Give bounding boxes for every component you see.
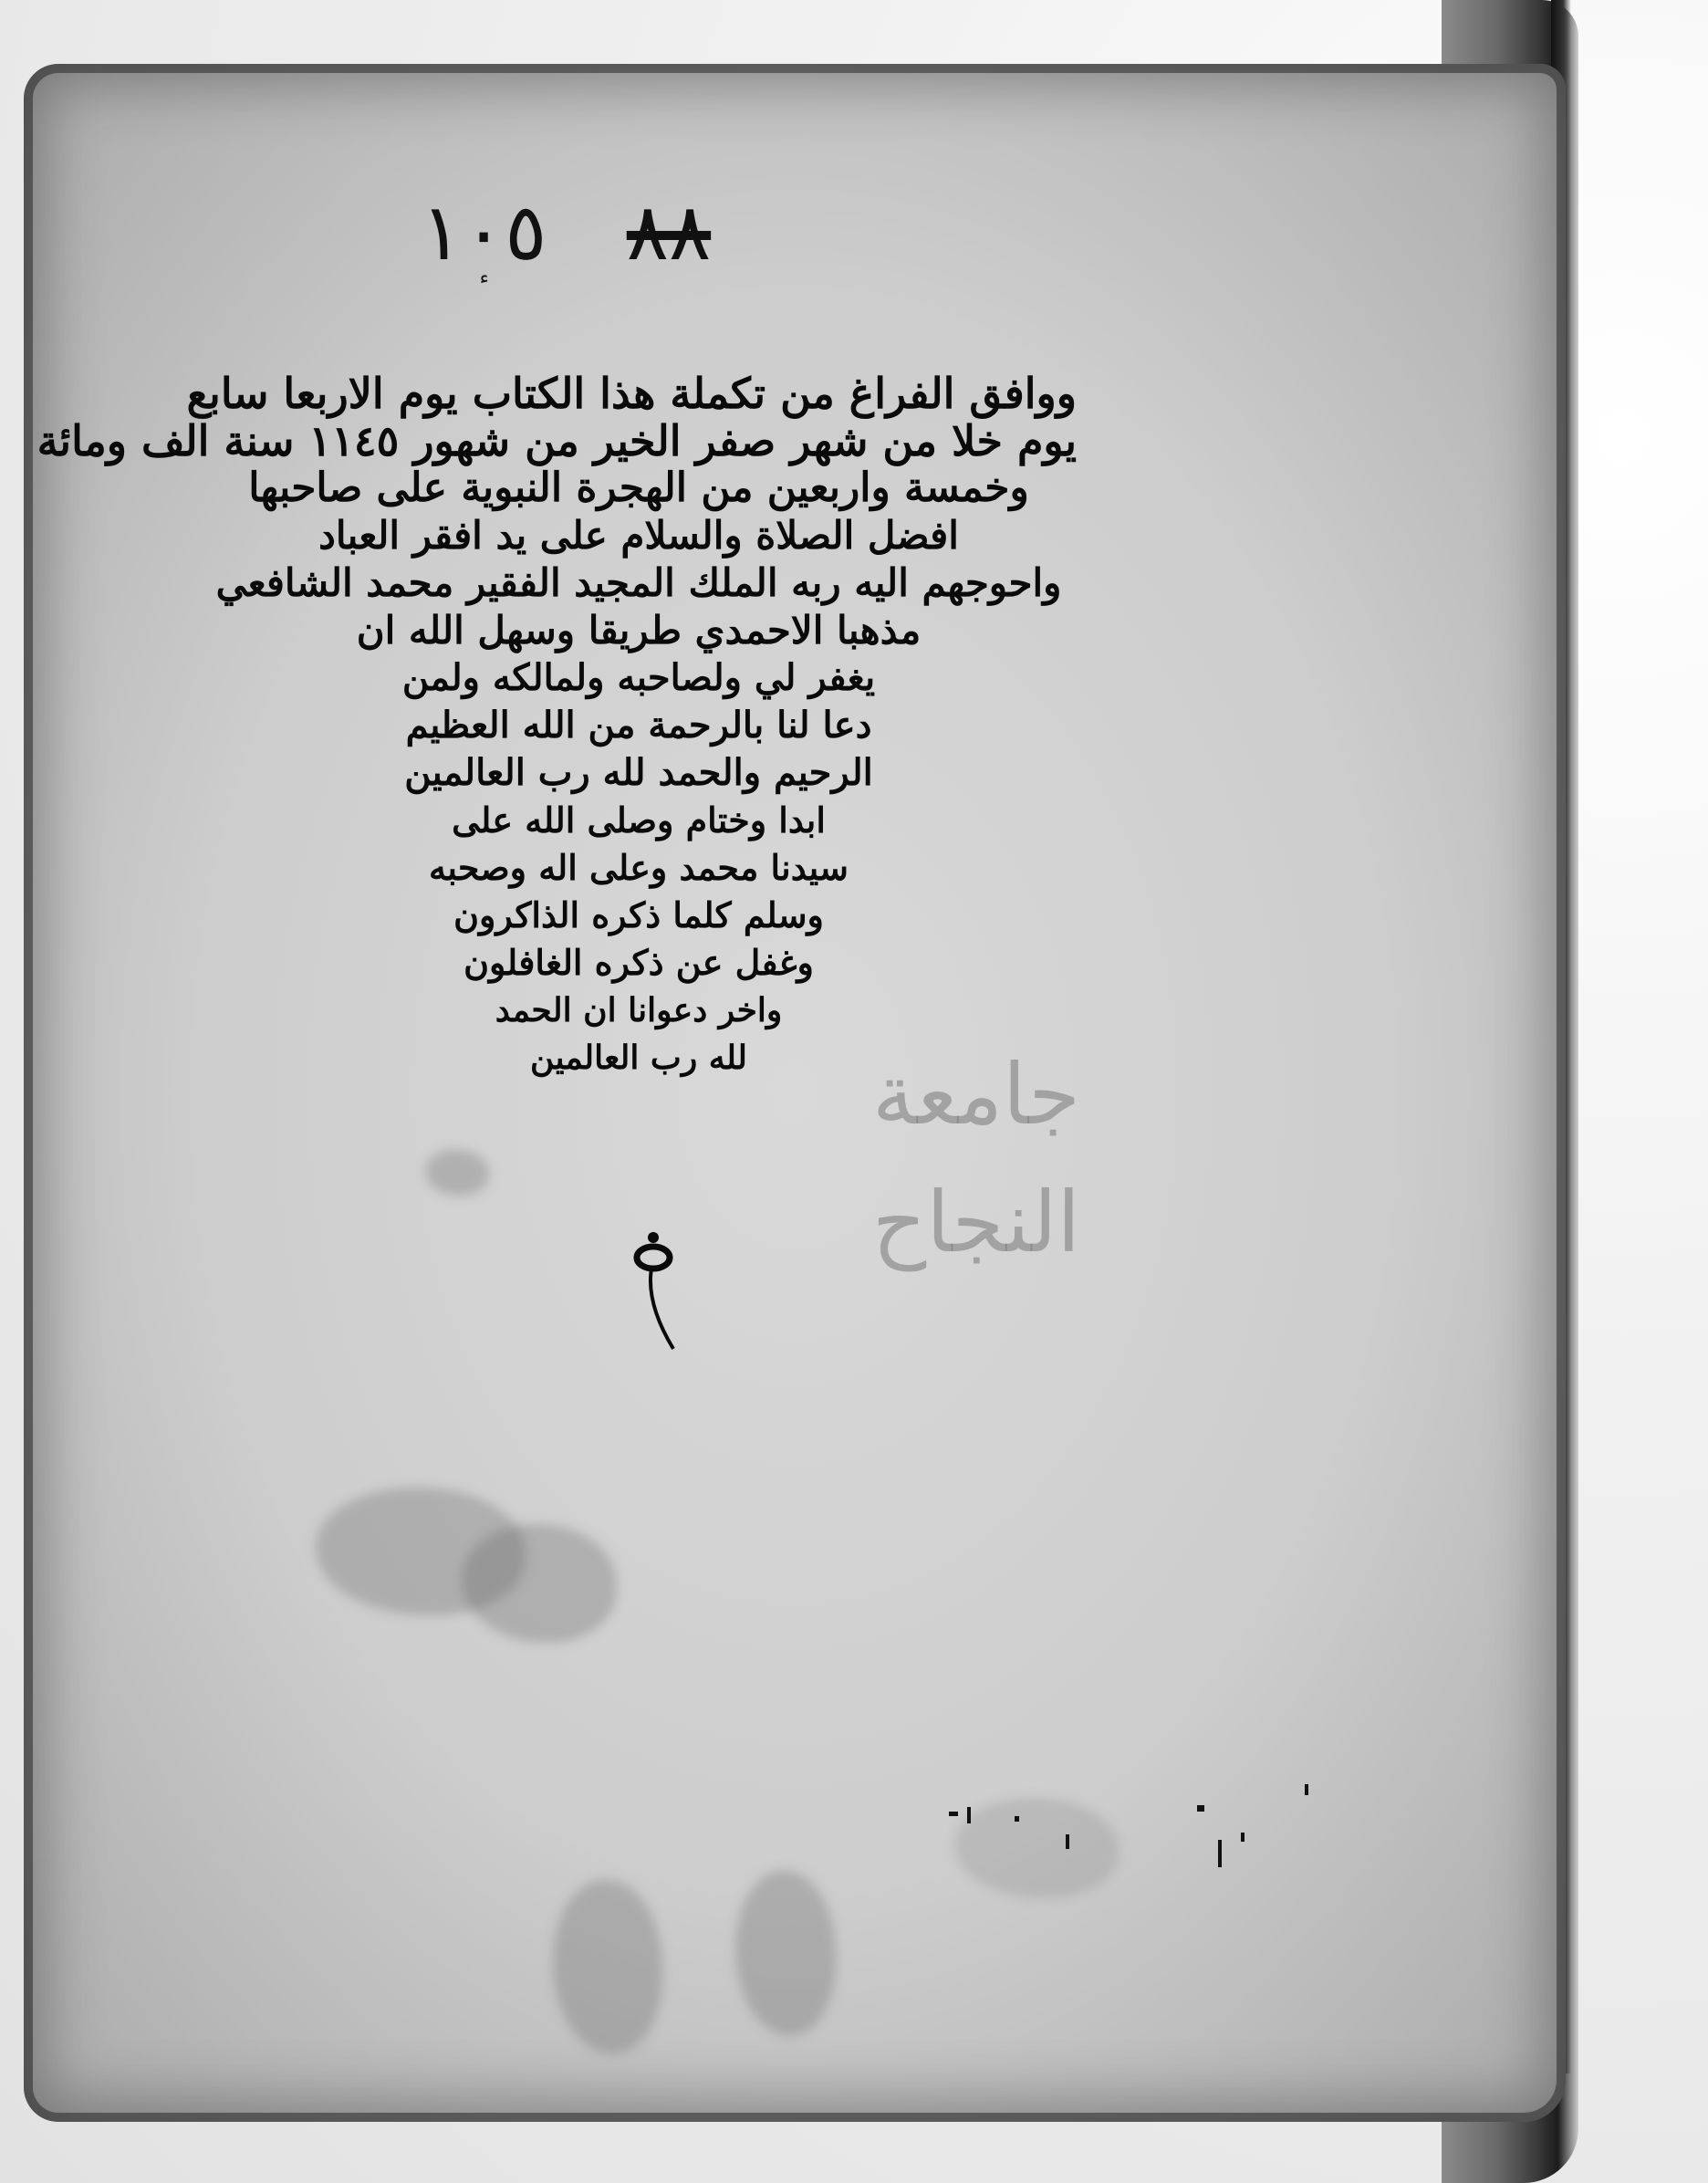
colophon-text-block: ووافق الفراغ من تكملة هذا الكتاب يوم الا… (201, 370, 1077, 1081)
colophon-line: يوم خلا من شهر صفر الخير من شهور ١١٤٥ سن… (201, 417, 1077, 465)
colophon-line: واحوجهم اليه ربه الملك المجيد الفقير محم… (201, 559, 1077, 607)
water-stain (553, 1880, 662, 2053)
colophon-line: يغفر لي ولصاحبه ولمالكه ولمن (201, 654, 1077, 702)
current-folio-number: ١٠٥ (421, 187, 547, 278)
water-stain (462, 1524, 617, 1643)
colophon-line: وسلم كلما ذكره الذاكرون (201, 892, 1077, 939)
colophon-line: وغفل عن ذكره الغافلون (201, 939, 1077, 987)
colophon-line: مذهبا الاحمدي طريقا وسهل الله ان (201, 607, 1077, 654)
colophon-line: دعا لنا بالرحمة من الله العظيم (201, 702, 1077, 749)
colophon-line: افضل الصلاة والسلام على يد افقر العباد (201, 512, 1077, 559)
colophon-line: سيدنا محمد وعلى اله وصحبه (201, 844, 1077, 892)
water-stain (735, 1871, 836, 2035)
colophon-line: وخمسة واربعين من الهجرة النبوية على صاحب… (201, 465, 1077, 512)
folio-number: ٨٨ ١٠٥ (328, 183, 803, 283)
folio-tick-mark: ٴ (479, 274, 490, 316)
colophon-end-flourish-icon (628, 1232, 682, 1351)
colophon-line: ووافق الفراغ من تكملة هذا الكتاب يوم الا… (201, 370, 1077, 417)
colophon-line: ابدا وختام وصلى الله على (201, 797, 1077, 844)
colophon-line: واخر دعوانا ان الحمد (201, 987, 1077, 1034)
struck-folio-number: ٨٨ (627, 187, 711, 278)
university-watermark: جامعة النجاح (785, 1031, 1168, 1159)
ink-specks (876, 1761, 1350, 1871)
water-stain (425, 1150, 489, 1196)
colophon-line: الرحيم والحمد لله رب العالمين (201, 749, 1077, 797)
